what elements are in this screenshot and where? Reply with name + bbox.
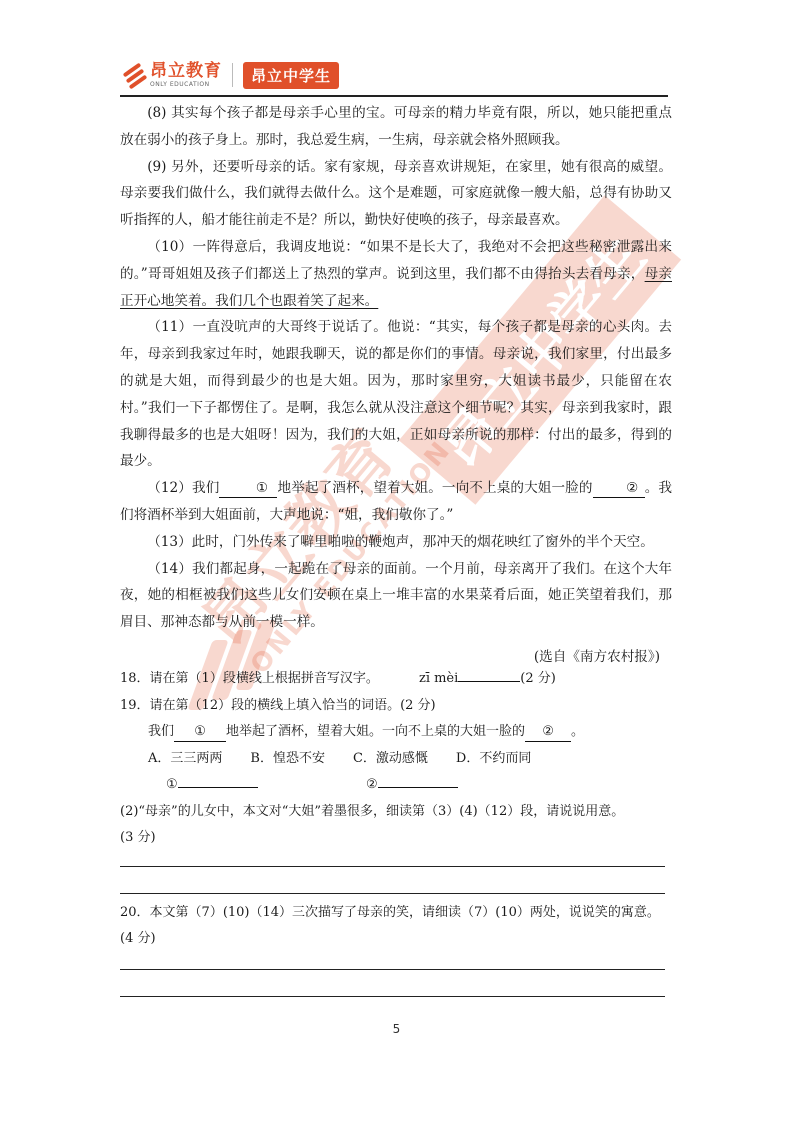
page-header: 昂立教育 ONLY EDUCATION 昂立中学生 [120, 58, 339, 92]
paragraph-10: （10）一阵得意后，我调皮地说：“如果不是长大了，我绝对不会把这些秘密泄露出来的… [120, 234, 672, 314]
answer-1-label: ① [166, 777, 178, 792]
paragraph-14: （14）我们都起身，一起跪在了母亲的面前。一个月前，母亲离开了我们。在这个大年夜… [120, 556, 672, 636]
paragraph-12-text-b: 地举起了酒杯，望着大姐。一向不上桌的大姐一脸的 [277, 480, 592, 496]
brand-name: 昂立教育 [150, 63, 222, 80]
page-number: 5 [0, 1022, 793, 1036]
answer-2-line[interactable] [378, 773, 458, 788]
blank-2[interactable]: ② [593, 479, 645, 498]
question-20-score: (4 分) [120, 926, 672, 953]
q19-sentence-c: 。 [571, 724, 584, 739]
header-rule [120, 95, 668, 97]
question-19: 19．请在第（12）段的横线上填入恰当的词语。(2 分) [120, 693, 672, 720]
brand-logo-icon [120, 64, 146, 86]
question-19-sentence: 我们①地举起了酒杯，望着大姐。一向不上桌的大姐一脸的②。 [120, 719, 672, 746]
question-19-answers: ① ② [120, 772, 672, 799]
brand-logo: 昂立教育 ONLY EDUCATION [150, 63, 222, 88]
answer-1-line[interactable] [178, 773, 258, 788]
paragraph-8: (8) 其实每个孩子都是母亲手心里的宝。可母亲的精力毕竟有限，所以，她只能把重点… [120, 100, 672, 154]
brand-badge: 昂立中学生 [243, 62, 339, 89]
option-a: A．三三两两 [148, 746, 222, 773]
q19-sentence-b: 地举起了酒杯，望着大姐。一向不上桌的大姐一脸的 [226, 724, 525, 739]
paragraph-12: （12）我们①地举起了酒杯，望着大姐。一向不上桌的大姐一脸的②。我们将酒杯举到大… [120, 475, 672, 529]
q19-blank-1[interactable]: ① [174, 723, 226, 742]
question-18: 18．请在第（1）段横线上根据拼音写汉字。 zī mèi(2 分) [120, 666, 672, 693]
question-18-text: 18．请在第（1）段横线上根据拼音写汉字。 [120, 671, 379, 686]
option-b: B．惶恐不安 [250, 746, 325, 773]
question-18-score: (2 分) [520, 671, 556, 686]
paragraph-11: （11）一直没吭声的大哥终于说话了。他说：“其实，每个孩子都是母亲的心头肉。去年… [120, 314, 672, 475]
question-19-2: (2)“母亲”的儿女中，本文对“大姐”着墨很多，细读第（3）(4)（12）段，请… [120, 799, 672, 826]
question-18-answer-line[interactable] [458, 667, 520, 682]
blank-1[interactable]: ① [219, 479, 277, 498]
paragraph-12-text-a: （12）我们 [147, 480, 219, 496]
question-19-options: A．三三两两 B．惶恐不安 C．激动感慨 D．不约而同 [120, 746, 672, 773]
q19-sentence-a: 我们 [148, 724, 174, 739]
questions-section: 18．请在第（1）段横线上根据拼音写汉字。 zī mèi(2 分) 19．请在第… [120, 666, 672, 997]
question-19-2-score: (3 分) [120, 825, 672, 852]
header-divider [232, 63, 233, 87]
paragraph-13: （13）此时，门外传来了噼里啪啦的鞭炮声，那冲天的烟花映红了窗外的半个天空。 [120, 529, 672, 556]
question-18-pinyin: zī mèi [419, 671, 458, 686]
write-line-4[interactable] [120, 996, 665, 997]
answer-2-label: ② [366, 777, 378, 792]
option-d: D．不约而同 [456, 746, 531, 773]
question-20: 20．本文第（7）(10)（14）三次描写了母亲的笑，请细读（7）(10）两处，… [120, 900, 672, 927]
paragraph-9: (9) 另外，还要听母亲的话。家有家规，母亲喜欢讲规矩，在家里，她有很高的威望。… [120, 154, 672, 234]
brand-name-en: ONLY EDUCATION [150, 82, 222, 88]
option-c: C．激动感慨 [353, 746, 428, 773]
q19-blank-2[interactable]: ② [525, 723, 571, 742]
paragraph-10-text: （10）一阵得意后，我调皮地说：“如果不是长大了，我绝对不会把这些秘密泄露出来的… [120, 239, 672, 282]
reading-passage: (8) 其实每个孩子都是母亲手心里的宝。可母亲的精力毕竟有限，所以，她只能把重点… [120, 100, 672, 671]
